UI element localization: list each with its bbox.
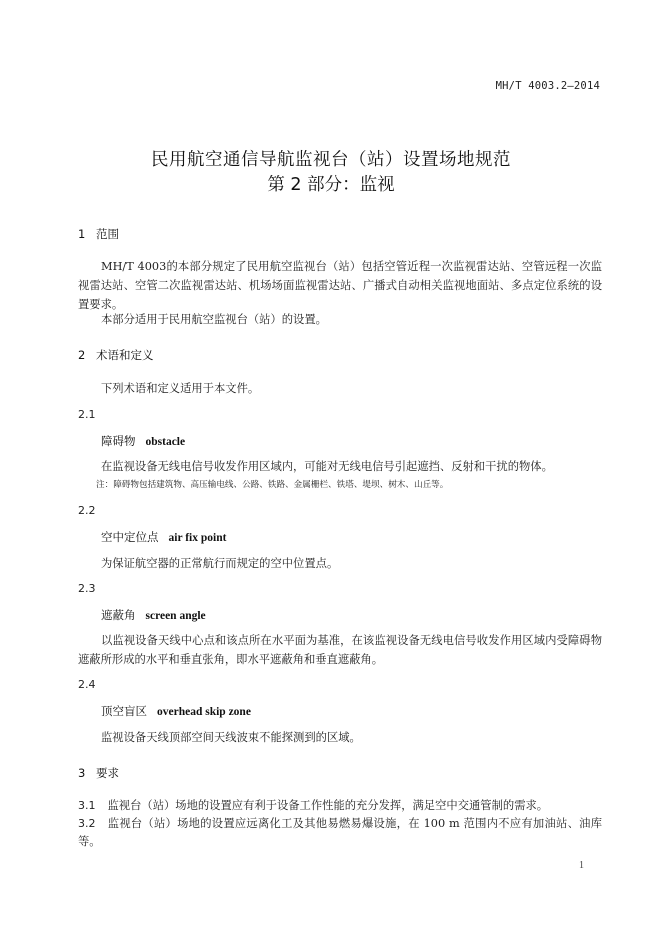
term-en: screen angle	[146, 610, 206, 622]
section-2-heading: 2术语和定义	[78, 347, 154, 363]
term-zh: 顶空盲区	[101, 704, 147, 718]
term-number: 2.3	[78, 582, 96, 595]
term-en: air fix point	[169, 532, 227, 544]
section-number: 1	[78, 227, 96, 241]
section-1-paragraph-1: MH/T 4003的本部分规定了民用航空监视台（站）包括空管近程一次监视雷达站、…	[78, 257, 602, 314]
section-title: 要求	[96, 766, 119, 780]
term-en: obstacle	[146, 436, 186, 448]
section-number: 2	[78, 348, 96, 362]
section-number: 3	[78, 766, 96, 780]
requirement-number: 3.2	[78, 817, 96, 830]
term-en: overhead skip zone	[157, 706, 251, 718]
document-page: MH/T 4003.2—2014 民用航空通信导航监视台（站）设置场地规范 第 …	[0, 0, 662, 936]
term-definition: 以监视设备天线中心点和该点所在水平面为基准，在该监视设备无线电信号收发作用区域内…	[78, 631, 602, 669]
term-number: 2.2	[78, 504, 96, 517]
term-zh: 空中定位点	[101, 530, 159, 544]
requirement-number: 3.1	[78, 799, 96, 812]
term-title: 顶空盲区overhead skip zone	[101, 703, 251, 719]
term-title: 空中定位点air fix point	[101, 529, 226, 545]
section-1-paragraph-2: 本部分适用于民用航空监视台（站）的设置。	[78, 310, 602, 329]
term-zh: 遮蔽角	[101, 608, 136, 622]
term-title: 障碍物obstacle	[101, 433, 185, 449]
requirement-item: 3.1监视台（站）场地的设置应有利于设备工作性能的充分发挥，满足空中交通管制的需…	[78, 797, 602, 815]
section-3-heading: 3要求	[78, 765, 119, 781]
page-number: 1	[579, 860, 584, 871]
term-title: 遮蔽角screen angle	[101, 607, 206, 623]
requirement-text: 监视台（站）场地的设置应远离化工及其他易燃易爆设施，在 100 m 范围内不应有…	[78, 817, 602, 848]
term-note: 注：障碍物包括建筑物、高压输电线、公路、铁路、金属栅栏、铁塔、堤坝、树木、山丘等…	[96, 478, 448, 490]
term-zh: 障碍物	[101, 434, 136, 448]
document-title: 民用航空通信导航监视台（站）设置场地规范	[0, 146, 662, 171]
section-2-intro: 下列术语和定义适用于本文件。	[101, 380, 259, 396]
section-title: 术语和定义	[96, 348, 154, 362]
term-definition: 为保证航空器的正常航行而规定的空中位置点。	[101, 555, 338, 571]
term-definition: 在监视设备无线电信号收发作用区域内，可能对无线电信号引起遮挡、反射和干扰的物体。	[101, 458, 553, 474]
term-number: 2.4	[78, 678, 96, 691]
requirement-text: 监视台（站）场地的设置应有利于设备工作性能的充分发挥，满足空中交通管制的需求。	[108, 799, 549, 812]
requirement-item: 3.2监视台（站）场地的设置应远离化工及其他易燃易爆设施，在 100 m 范围内…	[78, 815, 602, 851]
document-subtitle: 第 2 部分：监视	[0, 171, 662, 196]
section-title: 范围	[96, 227, 119, 241]
term-definition: 监视设备天线顶部空间天线波束不能探测到的区域。	[101, 729, 361, 745]
standard-code: MH/T 4003.2—2014	[496, 80, 600, 92]
section-1-heading: 1范围	[78, 226, 119, 242]
term-number: 2.1	[78, 408, 96, 421]
